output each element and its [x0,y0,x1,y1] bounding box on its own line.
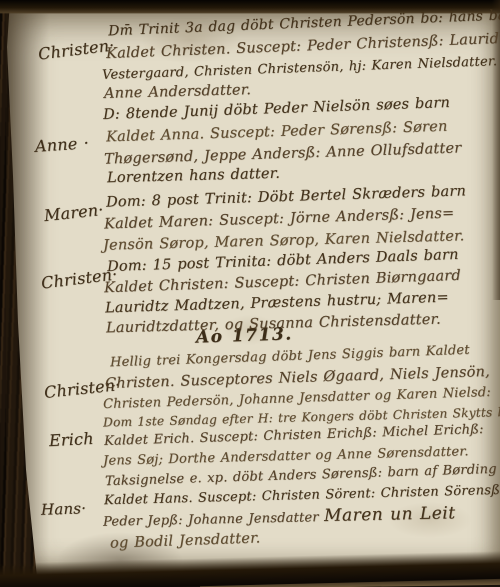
year-heading: Ao 1713. [196,326,293,346]
margin-name: Erich [49,431,94,449]
margin-name: Hans· [41,501,87,518]
manuscript-photo: Christen· Anne · Maren· Christen· Christ… [0,0,500,587]
highlighted-name: Maren un Leit [324,503,456,526]
margin-name: Anne · [35,135,90,155]
